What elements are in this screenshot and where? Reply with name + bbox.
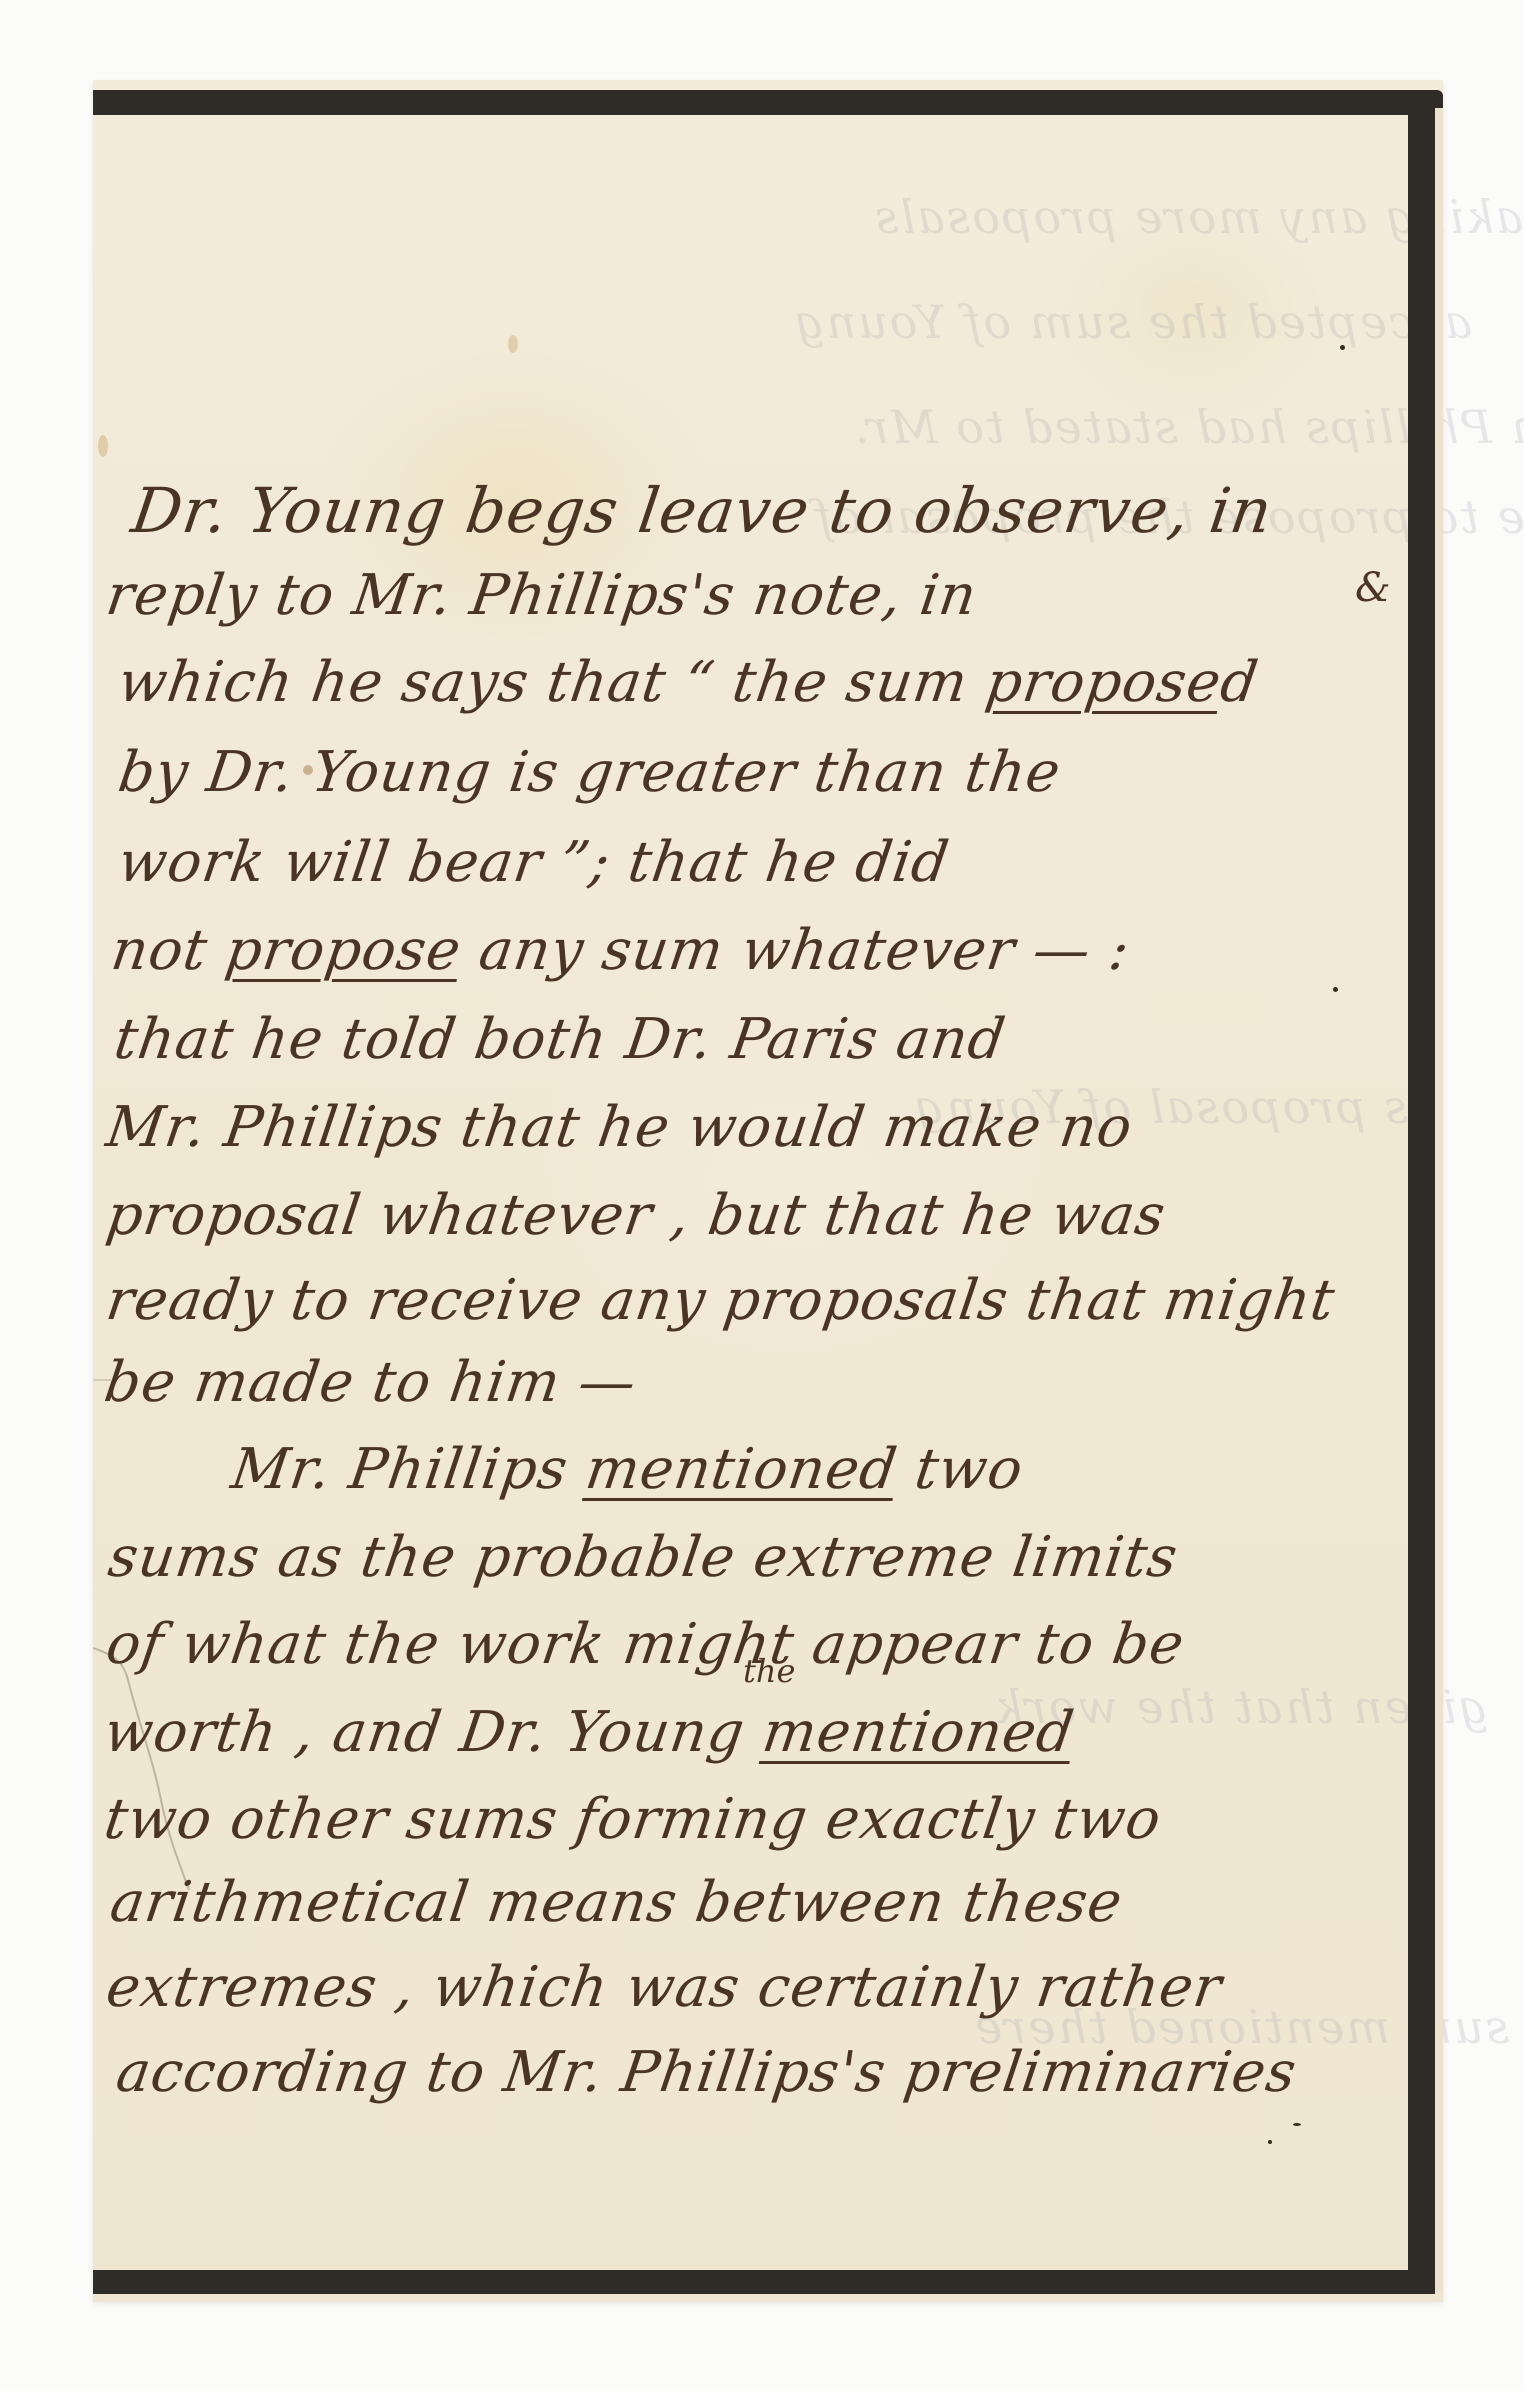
letter-line-5: work will bear ”; that he did [115,835,953,891]
line-text: which he says that “ the sum [114,650,990,715]
underlined-word: propose [222,918,466,983]
ink-dot [1293,2123,1301,2126]
letter-line-7: that he told both Dr. Paris and [111,1012,1009,1068]
ink-dot [1340,345,1345,350]
letter-line-9: proposal whatever , but that he was [103,1188,1169,1244]
paper-stain [98,435,108,457]
line-text: not [107,918,230,983]
mourning-border-top [93,90,1443,115]
letter-line-17: arithmetical means between these [107,1875,1126,1931]
line-text: any sum whatever — : [456,918,1134,983]
ink-dot [1268,2140,1272,2144]
letter-line-8: Mr. Phillips that he would make no [103,1100,1136,1156]
paper-stain [508,335,518,353]
ink-dot [1333,987,1338,992]
line-text: two [892,1437,1027,1502]
paper-edge [1435,108,1443,2294]
letter-line-15: worth , and Dr. Young mentioned [101,1705,1078,1761]
letter-line-6: not propose any sum whatever — : [108,923,1133,979]
letter-line-12: Mr. Phillips mentioned two [228,1442,1027,1498]
mourning-border-bottom [93,2270,1435,2294]
letter-line-11: be made to him — [101,1355,640,1411]
letter-line-13: sums as the probable extreme limits [105,1530,1181,1586]
letter-line-10: ready to receive any proposals that migh… [103,1273,1338,1329]
inserted-word: the [743,1652,795,1690]
line-text: Mr. Phillips [227,1437,590,1502]
letter-line-2: reply to Mr. Phillips's note, in [103,568,980,624]
letter-line-3: which he says that “ the sum proposed [115,655,1262,711]
letter-card: than making any more proposals accepted … [93,80,1443,2302]
margin-mark: & [1355,565,1391,611]
letter-line-18: extremes , which was certainly rather [103,1960,1226,2016]
underlined-word: mentioned [582,1437,902,1502]
underlined-word: propose [982,650,1226,715]
letter-line-19: according to Mr. Phillips's preliminarie… [113,2045,1300,2101]
letter-line-16: two other sums forming exactly two [101,1792,1165,1848]
letter-line-4: by Dr. Young is greater than the [115,745,1064,801]
line-text: worth , and Dr. Young [100,1700,767,1765]
underlined-word: mentioned [759,1700,1079,1765]
letter-line-14: of what the work might appear to be [103,1617,1188,1673]
mourning-border-right [1408,90,1435,2294]
letter-line-1: Dr. Young begs leave to observe, in [128,480,1276,542]
